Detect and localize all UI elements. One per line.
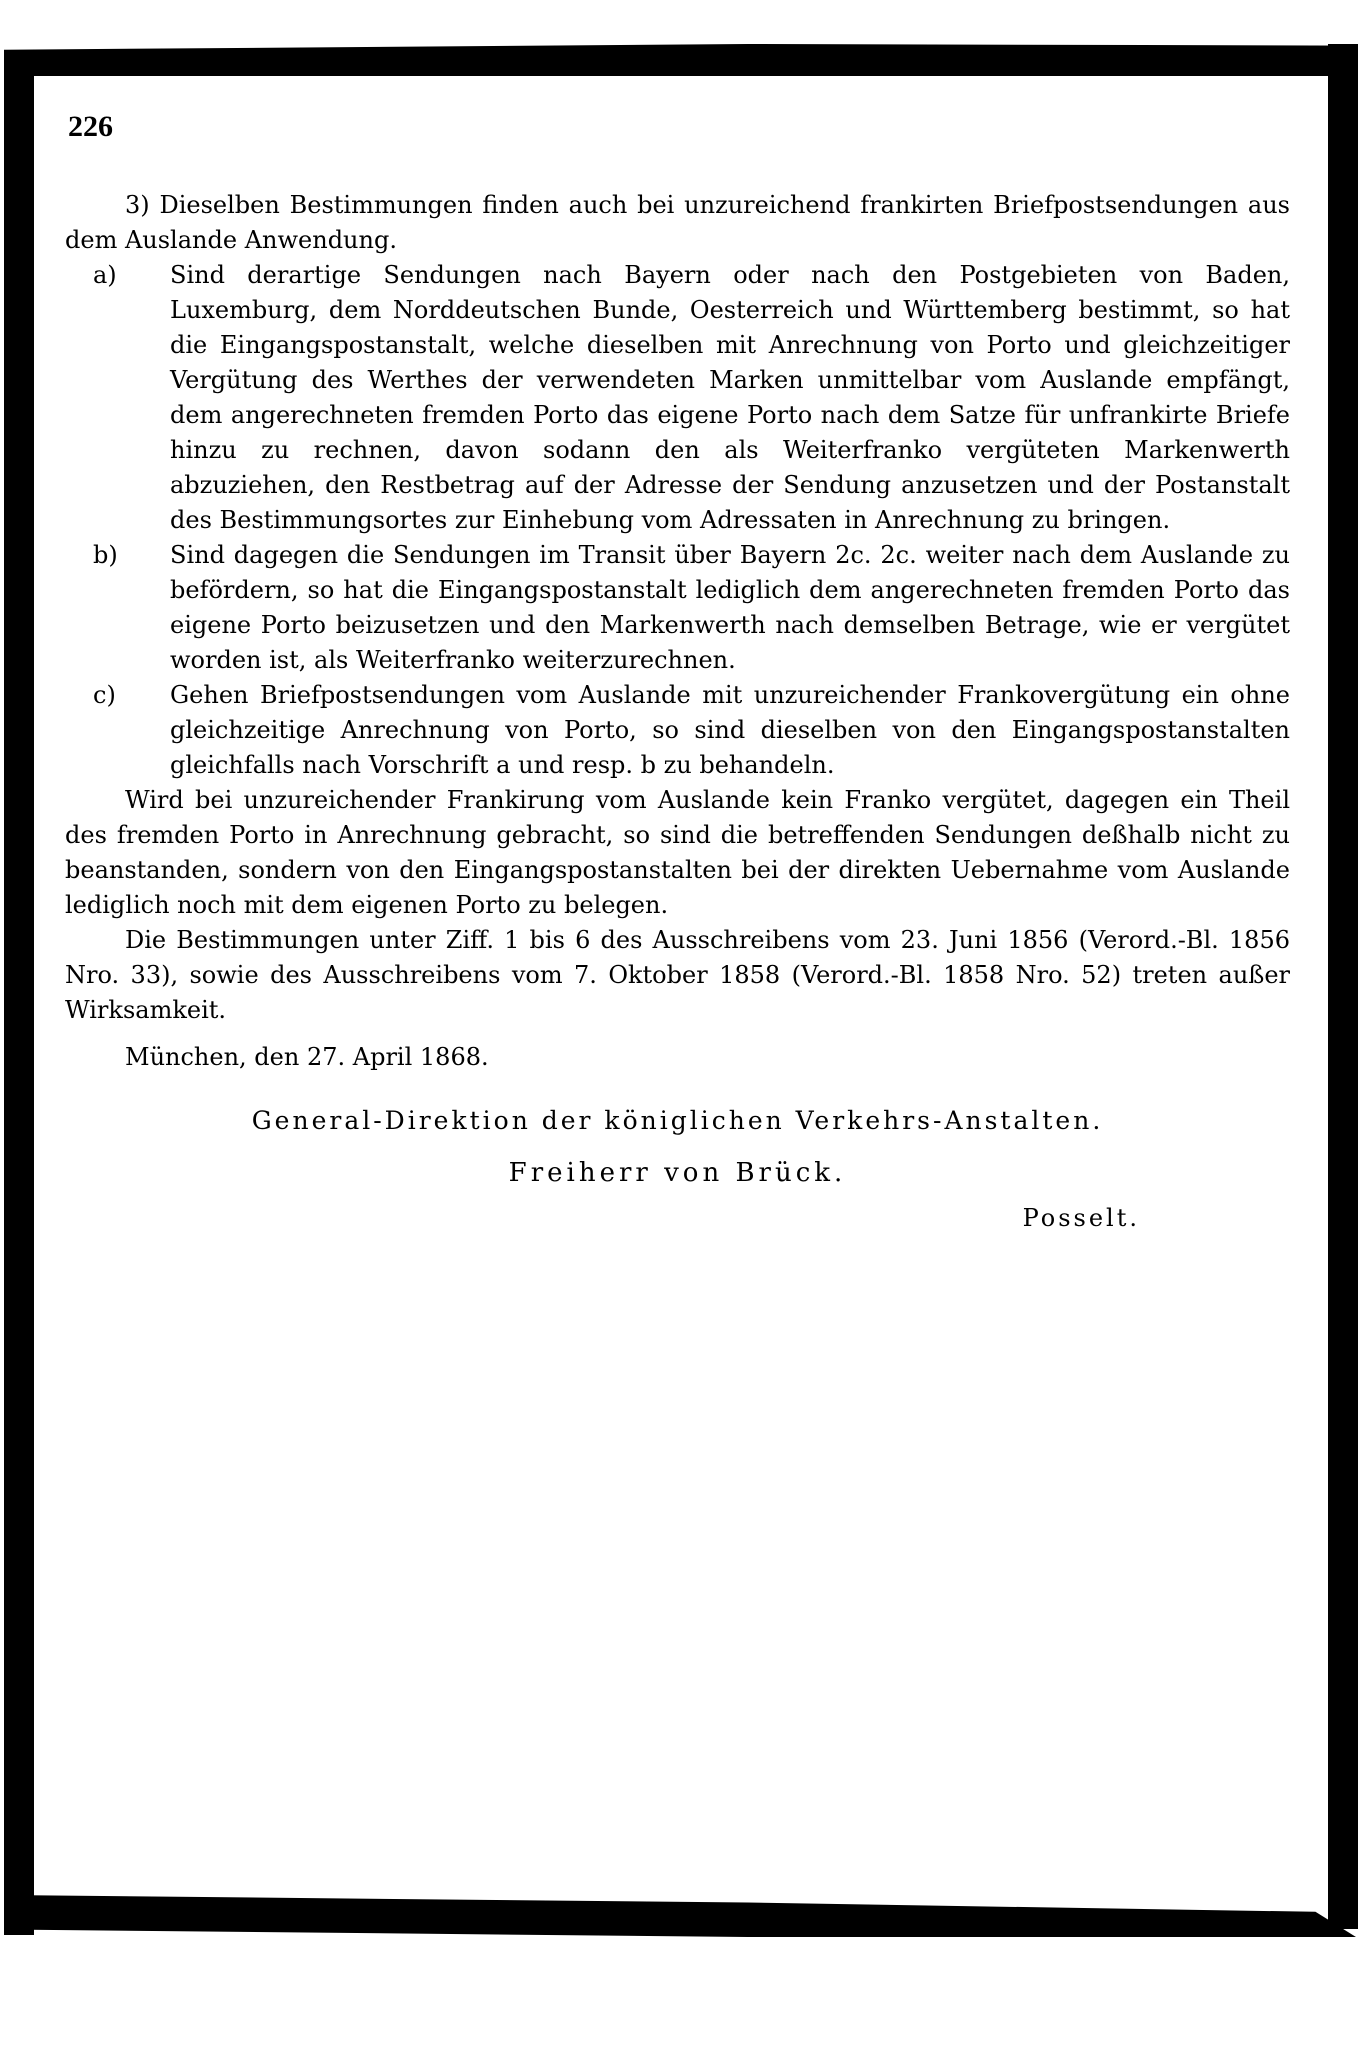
place-and-date: München, den 27. April 1868. — [65, 1040, 1290, 1075]
list-marker-a: a) — [93, 258, 117, 293]
countersignatory: Posselt. — [65, 1201, 1290, 1236]
list-marker-b: b) — [93, 538, 118, 573]
document-body: 3) Dieselben Bestimmungen finden auch be… — [65, 188, 1290, 1236]
list-item-c-text: Gehen Briefpostsendungen vom Auslande mi… — [170, 681, 1290, 779]
page-number: 226 — [68, 110, 113, 144]
page-frame-top-border — [4, 44, 1356, 76]
section-3-text: Dieselben Bestimmungen finden auch bei u… — [65, 191, 1290, 254]
page-frame-right-border — [1328, 44, 1358, 1929]
signatory: Freiherr von Brück. — [65, 1156, 1290, 1191]
section-3-paragraph: 3) Dieselben Bestimmungen finden auch be… — [65, 188, 1290, 258]
section-3-number: 3) — [125, 191, 150, 219]
list-item-c: c) Gehen Briefpostsendungen vom Auslande… — [65, 678, 1290, 783]
page-frame-bottom-border — [4, 1895, 1356, 1937]
list-item-b: b) Sind dagegen die Sendungen im Transit… — [65, 538, 1290, 678]
issuing-authority: General-Direktion der königlichen Verkeh… — [65, 1103, 1290, 1138]
list-item-b-text: Sind dagegen die Sendungen im Transit üb… — [170, 541, 1290, 674]
list-item-a: a) Sind derartige Sendungen nach Bayern … — [65, 258, 1290, 538]
paragraph-insufficient-franking: Wird bei unzureichender Frankirung vom A… — [65, 783, 1290, 923]
list-item-a-text: Sind derartige Sendungen nach Bayern ode… — [170, 261, 1290, 534]
list-marker-c: c) — [93, 678, 116, 713]
page-frame-left-border — [4, 50, 34, 1935]
paragraph-repeal-provisions: Die Bestimmungen unter Ziff. 1 bis 6 des… — [65, 923, 1290, 1028]
